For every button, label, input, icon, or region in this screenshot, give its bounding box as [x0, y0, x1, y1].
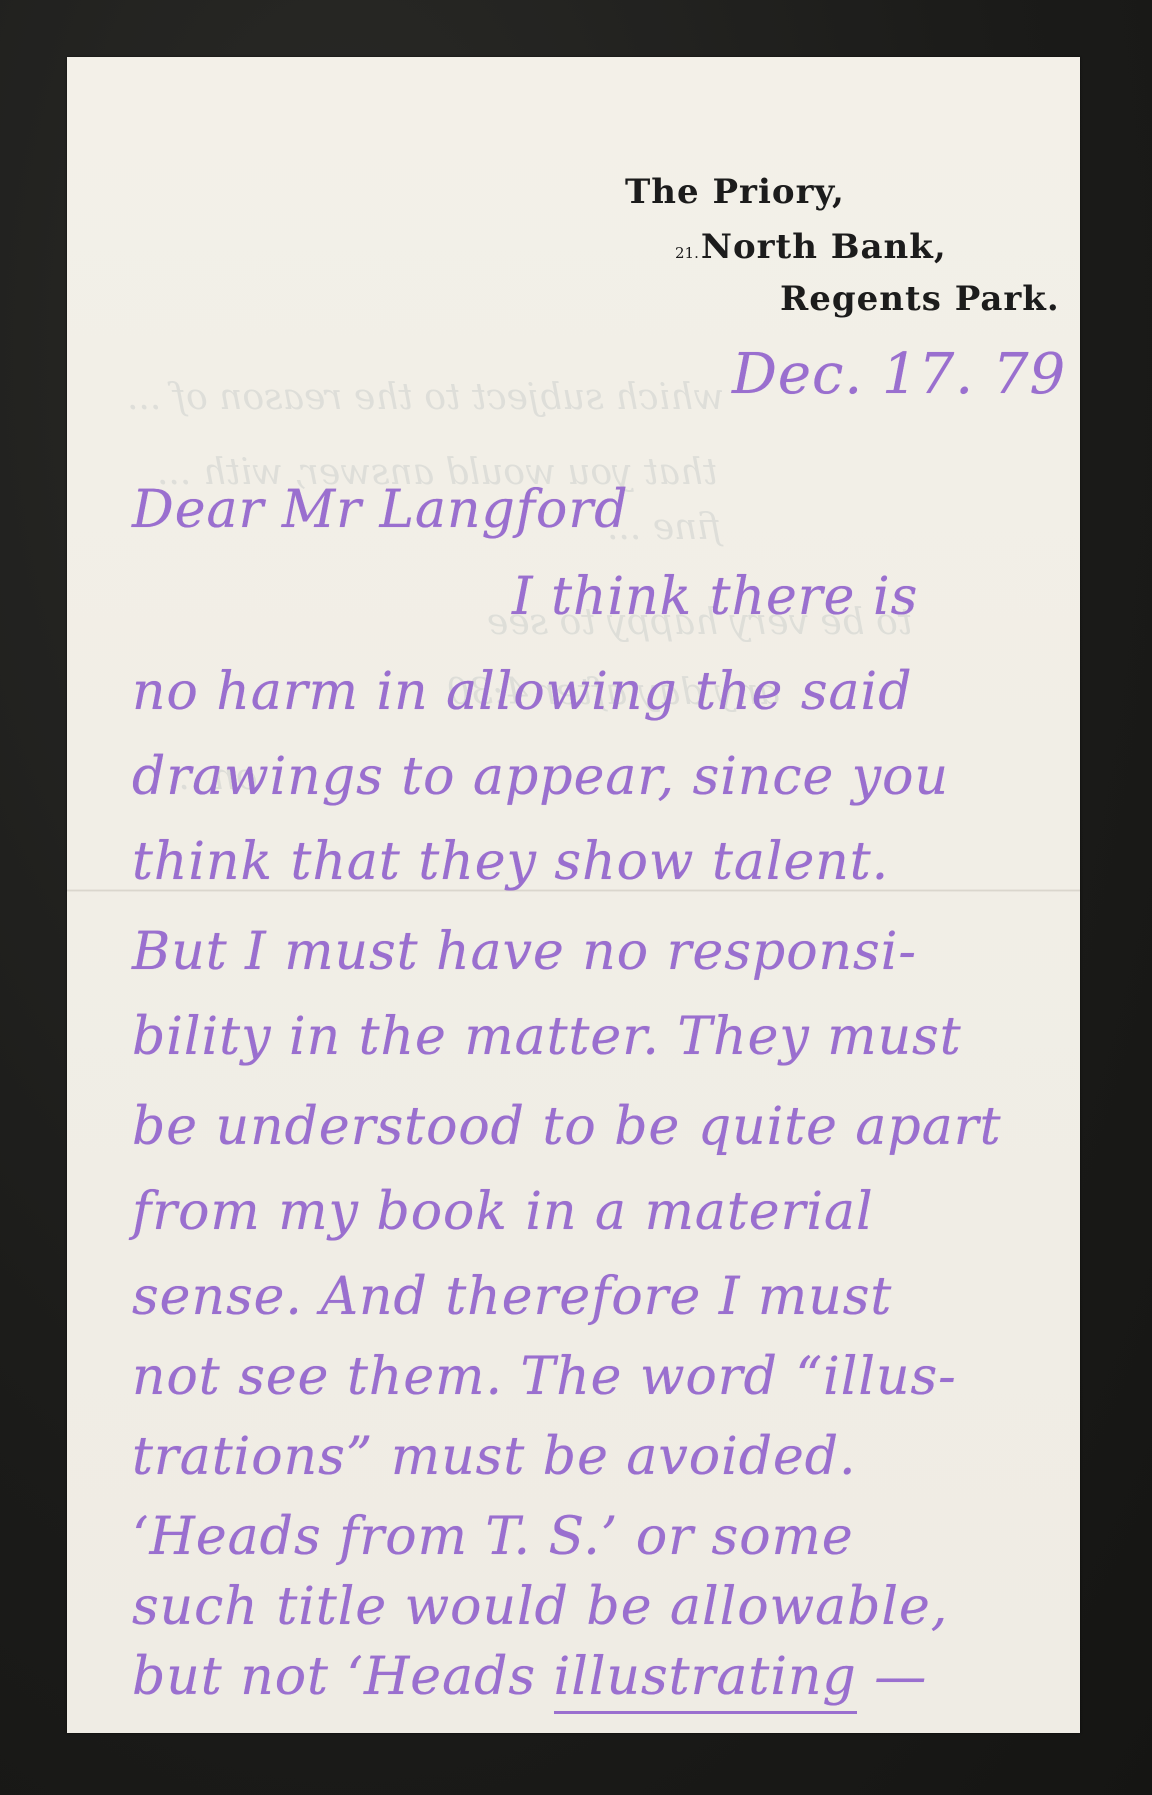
- letterhead-house-name: The Priory,: [625, 172, 845, 212]
- letter-date: Dec. 17. 79: [732, 342, 1066, 407]
- body-line-last: but not ‘Heads illustrating —: [132, 1647, 927, 1707]
- bleed-through-line: which subject to the reason of ...: [127, 377, 724, 418]
- body-line: not see them. The word “illus-: [132, 1347, 957, 1407]
- body-line: But I must have no responsi-: [132, 922, 917, 982]
- body-line: from my book in a material: [132, 1182, 874, 1242]
- underlined-word: illustrating: [554, 1647, 857, 1714]
- body-line: bility in the matter. They must: [132, 1007, 962, 1067]
- body-line: drawings to appear, since you: [132, 747, 949, 807]
- body-line: sense. And therefore I must: [132, 1267, 892, 1327]
- body-line: be understood to be quite apart: [132, 1097, 1001, 1157]
- body-line: trations” must be avoided.: [132, 1427, 857, 1487]
- letterhead-street-name: North Bank,: [701, 227, 947, 267]
- body-line: no harm in allowing the said: [132, 662, 912, 722]
- body-line: ‘Heads from T. S.’ or some: [132, 1507, 854, 1567]
- body-line: I think there is: [512, 567, 918, 627]
- last-line-prefix: but not ‘Heads: [132, 1647, 554, 1707]
- letterhead-street: 21.North Bank,: [675, 227, 947, 267]
- letterhead-district: Regents Park.: [780, 279, 1060, 319]
- body-line: such title would be allowable,: [132, 1577, 948, 1637]
- last-line-dash: —: [857, 1647, 928, 1707]
- body-line: think that they show talent.: [132, 832, 889, 892]
- salutation: Dear Mr Langford: [132, 480, 629, 540]
- letter-sheet: which subject to the reason of ... that …: [67, 57, 1080, 1733]
- letterhead-street-number: 21.: [675, 244, 699, 262]
